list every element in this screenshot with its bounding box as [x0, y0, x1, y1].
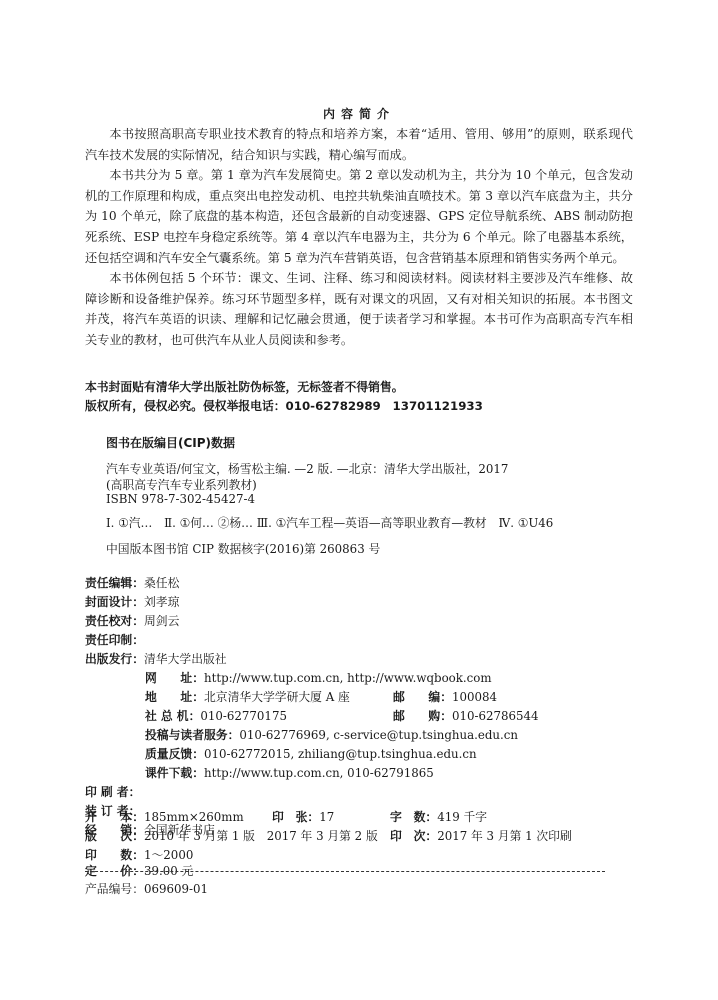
- publisher-mail-order: 邮 购：010-62786544: [393, 707, 539, 724]
- production-format-row: 开 本：185mm×260mm: [85, 808, 244, 825]
- publisher-reader-service: 投稿与读者服务：010-62776969, c-service@tup.tsin…: [145, 726, 518, 743]
- email-link[interactable]: 010-62772015, zhiliang@tup.tsinghua.edu.…: [204, 747, 477, 761]
- credit-label: 责任编辑：: [85, 576, 144, 590]
- production-edition: 版 次：2010 年 3 月第 1 版 2017 年 3 月第 2 版: [85, 827, 378, 844]
- prod-label: 印 数：: [85, 848, 144, 862]
- publisher-address: 地 址：北京清华大学学研大厦 A 座: [145, 688, 350, 705]
- copyright-notice: 版权所有，侵权必究。侵权举报电话：010-62782989 1370112193…: [85, 397, 483, 414]
- production-print-run: 印 数：1～2000: [85, 846, 193, 863]
- production-printer: 印 刷 者：: [85, 783, 140, 800]
- info-value: 010-62786544: [452, 709, 539, 723]
- website-link[interactable]: http://www.tup.com.cn, 010-62791865: [204, 766, 434, 780]
- publisher-courseware: 课件下载：http://www.tup.com.cn, 010-62791865: [145, 764, 434, 781]
- production-word-count: 字 数：419 千字: [390, 808, 487, 825]
- publisher-switchboard: 社 总 机：010-62770175: [145, 707, 287, 724]
- prod-label: 印 次：: [390, 829, 437, 843]
- cip-record: 中国版本图书馆 CIP 数据核字(2016)第 260863 号: [106, 540, 380, 557]
- intro-paragraph: 本书共分为 5 章。第 1 章为汽车发展简史。第 2 章以发动机为主，共分为 1…: [85, 165, 633, 268]
- anti-counterfeit-notice: 本书封面贴有清华大学出版社防伪标签，无标签者不得销售。: [85, 378, 404, 395]
- prod-label: 版 次：: [85, 829, 144, 843]
- credit-cover-design: 封面设计：刘孝琼: [85, 593, 179, 610]
- prod-value: 419 千字: [437, 810, 487, 824]
- prod-value: 1～2000: [144, 848, 193, 862]
- cip-classification: Ⅰ. ①汽… Ⅱ. ①何… ②杨… Ⅲ. ①汽车工程—英语—高等职业教育—教材 …: [106, 514, 553, 531]
- credit-value: 桑任松: [144, 576, 179, 590]
- credit-value: 刘孝琼: [144, 595, 179, 609]
- product-code: 产品编号：069609-01: [85, 880, 208, 897]
- dashed-divider: [85, 871, 605, 872]
- info-label: 投稿与读者服务：: [145, 728, 239, 742]
- prod-value: 185mm×260mm: [144, 810, 244, 824]
- info-label: 课件下载：: [145, 766, 204, 780]
- credit-label: 责任校对：: [85, 614, 144, 628]
- intro-paragraph: 本书按照高职高专职业技术教育的特点和培养方案，本着“适用、管用、够用”的原则，联…: [85, 124, 633, 165]
- info-label: 网 址：: [145, 671, 204, 685]
- publisher-quality-feedback: 质量反馈：010-62772015, zhiliang@tup.tsinghua…: [145, 745, 477, 762]
- info-label: 邮 购：: [393, 709, 452, 723]
- credit-proofreader: 责任校对：周剑云: [85, 612, 179, 629]
- cip-series: (高职高专汽车专业系列教材): [106, 476, 257, 493]
- cip-line: 汽车专业英语/何宝文，杨雪松主编. —2 版. —北京：清华大学出版社，2017: [106, 460, 508, 477]
- credit-label: 出版发行：: [85, 652, 144, 666]
- credit-value: 周剑云: [144, 614, 179, 628]
- publisher-website: 网 址：http://www.tup.com.cn, http://www.wq…: [145, 669, 492, 686]
- production-sheets: 印 张：17: [272, 808, 334, 825]
- credit-publisher: 出版发行：清华大学出版社: [85, 650, 227, 667]
- info-value: 010-62770175: [200, 709, 287, 723]
- prod-label: 印 刷 者：: [85, 785, 140, 799]
- prod-label: 开 本：: [85, 810, 144, 824]
- info-value: 北京清华大学学研大厦 A 座: [204, 690, 350, 704]
- prod-value: 2017 年 3 月第 1 次印刷: [437, 829, 572, 843]
- intro-paragraph: 本书体例包括 5 个环节：课文、生词、注释、练习和阅读材料。阅读材料主要涉及汽车…: [85, 268, 633, 350]
- info-label: 邮 编：: [393, 690, 452, 704]
- intro-heading: 内容简介: [0, 105, 718, 122]
- info-label: 质量反馈：: [145, 747, 204, 761]
- prod-label: 产品编号：: [85, 882, 144, 896]
- cip-isbn: ISBN 978-7-302-45427-4: [106, 492, 255, 506]
- production-impression: 印 次：2017 年 3 月第 1 次印刷: [390, 827, 572, 844]
- copyright-page: 内容简介 本书按照高职高专职业技术教育的特点和培养方案，本着“适用、管用、够用”…: [0, 0, 718, 1000]
- publisher-postcode: 邮 编：100084: [393, 688, 497, 705]
- credit-value: 清华大学出版社: [144, 652, 227, 666]
- website-link[interactable]: http://www.tup.com.cn, http://www.wqbook…: [204, 671, 492, 685]
- cip-title: 图书在版编目(CIP)数据: [106, 434, 235, 451]
- prod-value: 069609-01: [144, 882, 208, 896]
- intro-body: 本书按照高职高专职业技术教育的特点和培养方案，本着“适用、管用、够用”的原则，联…: [85, 124, 633, 351]
- credit-editor: 责任编辑：桑任松: [85, 574, 179, 591]
- prod-value: 2010 年 3 月第 1 版 2017 年 3 月第 2 版: [144, 829, 378, 843]
- info-label: 社 总 机：: [145, 709, 200, 723]
- prod-label: 字 数：: [390, 810, 437, 824]
- prod-value: 17: [319, 810, 334, 824]
- email-link[interactable]: 010-62776969, c-service@tup.tsinghua.edu…: [239, 728, 518, 742]
- credit-print-manager: 责任印制：: [85, 631, 144, 648]
- info-value: 100084: [452, 690, 497, 704]
- prod-label: 印 张：: [272, 810, 319, 824]
- credit-label: 责任印制：: [85, 633, 144, 647]
- credit-label: 封面设计：: [85, 595, 144, 609]
- info-label: 地 址：: [145, 690, 204, 704]
